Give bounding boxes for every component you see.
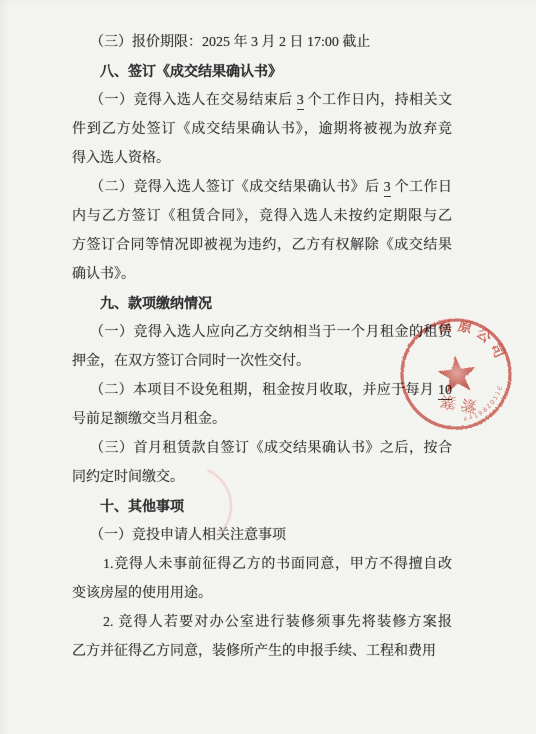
- text-line: 确认书》。: [72, 260, 452, 289]
- stamp-bleedthrough: [140, 440, 300, 580]
- seal-bottom-text: 紫寨: [434, 391, 479, 416]
- text-segment: 变该房屋的使用用途。: [72, 586, 212, 601]
- text-line: 方签订合同等情况即被视为违约，乙方有权解除《成交结果: [72, 231, 452, 260]
- text-line: 乙方并征得乙方同意，装修所产生的申报手续、工程和费用: [72, 637, 452, 666]
- text-line: 得入选人资格。: [72, 144, 452, 173]
- company-seal: 南原公司 4419820116 紫寨: [388, 298, 536, 446]
- text-segment: 乙方并征得乙方同意，装修所产生的申报手续、工程和费用: [72, 644, 436, 659]
- text-segment: （三）报价期限：2025 年 3 月 2 日 17:00 截止: [90, 35, 370, 50]
- text-segment: 2. 竞得人若要对办公室进行装修须事先将装修方案报: [103, 615, 452, 630]
- text-segment: 押金，在双方签订合同时一次性交付。: [72, 354, 310, 369]
- seal-star-icon: [436, 354, 478, 394]
- text-segment: 确认书》。: [72, 267, 135, 282]
- underlined-value: 3: [384, 180, 391, 197]
- text-line: （一）竞得入选人在交易结束后 3 个工作日内，持相关文: [72, 86, 452, 115]
- text-segment: 件到乙方处签订《成交结果确认书》，逾期将被视为放弃竞: [72, 122, 452, 137]
- text-line: 变该房屋的使用用途。: [72, 579, 452, 608]
- text-line: （二）竞得入选人签订《成交结果确认书》后 3 个工作日: [72, 173, 452, 202]
- text-line: 2. 竞得人若要对办公室进行装修须事先将装修方案报: [72, 608, 452, 637]
- text-segment: 九、款项缴纳情况: [100, 295, 212, 311]
- text-line: 件到乙方处签订《成交结果确认书》，逾期将被视为放弃竞: [72, 115, 452, 144]
- stamp-bleedthrough-arc: [209, 471, 232, 534]
- text-segment: 个工作日: [391, 180, 452, 195]
- underlined-value: 3: [297, 93, 304, 110]
- text-segment: 个工作日内，持相关文: [304, 93, 452, 108]
- text-segment: 得入选人资格。: [72, 151, 170, 166]
- text-line: （三）报价期限：2025 年 3 月 2 日 17:00 截止: [72, 28, 452, 57]
- text-segment: （二）竞得入选人签订《成交结果确认书》后: [90, 180, 384, 195]
- text-segment: 八、签订《成交结果确认书》: [100, 63, 282, 79]
- text-segment: 号前足额缴交当月租金。: [72, 412, 226, 427]
- section-heading-line: 八、签订《成交结果确认书》: [72, 57, 452, 86]
- text-segment: 方签订合同等情况即被视为违约，乙方有权解除《成交结果: [72, 238, 452, 253]
- text-segment: （二）本项目不设免租期，租金按月收取，并应于每月: [90, 383, 438, 398]
- text-line: 内与乙方签订《租赁合同》，竞得入选人未按约定期限与乙: [72, 202, 452, 231]
- text-segment: 内与乙方签订《租赁合同》，竞得入选人未按约定期限与乙: [72, 209, 452, 224]
- text-segment: （一）竞得入选人在交易结束后: [90, 93, 297, 108]
- document-page: （三）报价期限：2025 年 3 月 2 日 17:00 截止八、签订《成交结果…: [0, 0, 536, 734]
